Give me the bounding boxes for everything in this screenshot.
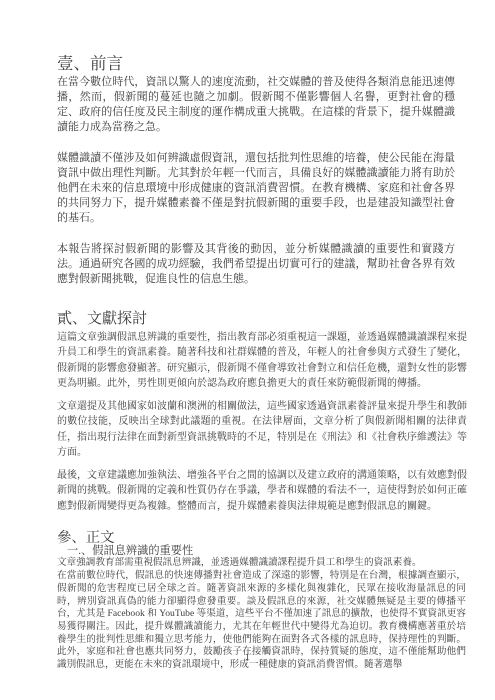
page-content: 壹、前言 在當今數位時代，資訊以驚人的速度流動，社交媒體的普及使得各類消息能迅速… [57, 56, 467, 672]
subsection-heading: 一.、假訊息辨識的重要性 [57, 545, 466, 558]
section-preface: 壹、前言 在當今數位時代，資訊以驚人的速度流動，社交媒體的普及使得各類消息能迅速… [57, 56, 455, 287]
paragraph: 文章強調教育部需重視假訊息辨識，並透過媒體識讀課程提升員工和學生的資訊素養。 [57, 557, 466, 570]
paragraph: 這篇文章強調假訊息辨識的重要性，指出教育部必須重視這一課題，並透過媒體識讀課程來… [57, 330, 467, 392]
paragraph: 本報告將探討假新聞的影響及其背後的動因，並分析媒體識讀的重要性和實踐方法。通過研… [57, 242, 455, 287]
paragraph: 最後，文章建議應加強執法、增強各平台之間的協調以及建立政府的溝通策略，以有效應對… [57, 468, 467, 515]
section-main-text-title: 參、正文 [57, 532, 466, 545]
section-literature-review-title: 貳、文獻探討 [57, 312, 467, 328]
page-number: 1 [0, 652, 495, 664]
paragraph: 文章還提及其他國家如波蘭和澳洲的相關做法，這些國家透過資訊素養評量來提升學生和教… [57, 399, 467, 461]
section-literature-review: 貳、文獻探討 這篇文章強調假訊息辨識的重要性，指出教育部必須重視這一課題，並透過… [57, 312, 467, 514]
paragraph: 媒體識讀不僅涉及如何辨識虛假資訊，還包括批判性思維的培養，使公民能在海量資訊中做… [57, 151, 455, 226]
document-page: 壹、前言 在當今數位時代，資訊以驚人的速度流動，社交媒體的普及使得各類消息能迅速… [0, 0, 495, 700]
section-preface-title: 壹、前言 [57, 56, 455, 71]
paragraph: 在當今數位時代，資訊以驚人的速度流動，社交媒體的普及使得各類消息能迅速傳播，然而… [57, 75, 455, 135]
section-main-text: 參、正文 一.、假訊息辨識的重要性 文章強調教育部需重視假訊息辨識，並透過媒體識… [57, 532, 466, 672]
